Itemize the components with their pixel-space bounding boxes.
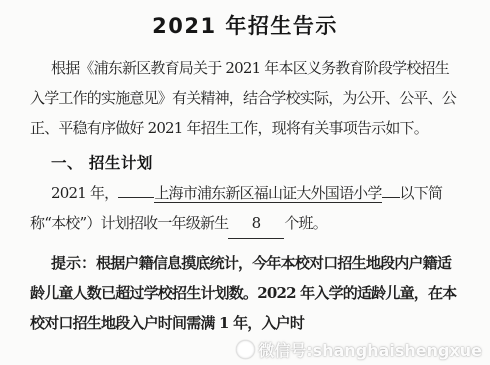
tip-line-2: 龄儿童人数已超过学校招生计划数。2022 年入学的适龄儿童，在本 — [30, 278, 462, 308]
class-count-underlined: 8 — [228, 208, 284, 239]
tip-label: 提示： — [51, 254, 96, 272]
tip-line-3: 校对口招生地段入户时间需满 1 年，入户时 — [30, 308, 462, 338]
blank-underline-after-school — [382, 197, 400, 198]
para1-line-2: 入学工作的实施意见》有关精神，结合学校实际，为公开、公平、公 — [30, 83, 462, 113]
watermark-text: 微信号:shanghaishengxue — [258, 338, 482, 361]
plan-line-1: 2021 年，上海市浦东新区福山证大外国语小学以下简 — [30, 178, 462, 208]
school-name-underlined: 上海市浦东新区福山证大外国语小学 — [154, 184, 381, 203]
watermark: 微信号:shanghaishengxue — [236, 338, 482, 361]
notice-document: 2021 年招生告示 根据《浦东新区教育局关于 2021 年本区义务教育阶段学校… — [0, 0, 490, 365]
notice-title: 2021 年招生告示 — [0, 10, 490, 40]
tip-line1-text: 根据户籍信息摸底统计，今年本校对口招生地段内户籍适 — [96, 254, 451, 272]
notice-body: 根据《浦东新区教育局关于 2021 年本区义务教育阶段学校招生 入学工作的实施意… — [0, 40, 490, 338]
wechat-avatar-icon — [236, 340, 255, 359]
plan-line2-prefix: 称“本校”）计划招收一年级新生 — [30, 214, 228, 232]
para1-line-1: 根据《浦东新区教育局关于 2021 年本区义务教育阶段学校招生 — [30, 53, 462, 83]
para1-line-3: 正、平稳有序做好 2021 年招生工作，现将有关事项告示如下。 — [30, 113, 462, 143]
tip-line-1: 提示：根据户籍信息摸底统计，今年本校对口招生地段内户籍适 — [30, 248, 462, 278]
blank-underline-before-school — [118, 197, 154, 198]
plan-line1-suffix: 以下简 — [400, 184, 443, 202]
plan-line2-suffix: 个班。 — [284, 214, 327, 232]
section-heading-enrollment-plan: 一、 招生计划 — [30, 148, 462, 178]
plan-line1-prefix: 2021 年， — [51, 184, 118, 202]
plan-line-2: 称“本校”）计划招收一年级新生8个班。 — [30, 208, 462, 239]
